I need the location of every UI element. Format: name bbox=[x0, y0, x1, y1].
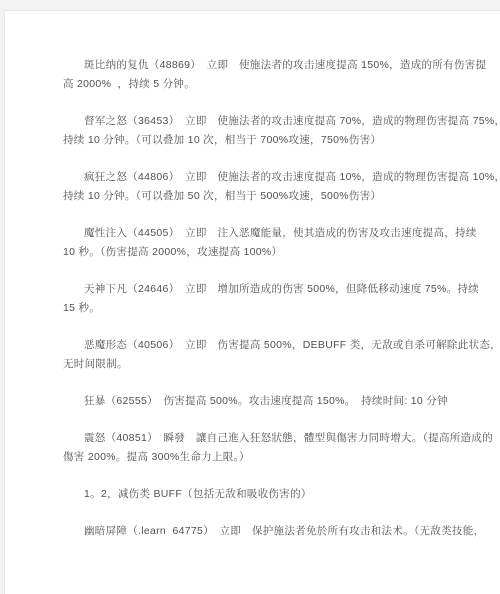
paragraph: 斑比纳的复仇（48869） 立即 使施法者的攻击速度提高 150%，造成的所有伤… bbox=[63, 56, 490, 94]
paragraph: 天神下凡（24646） 立即 增加所造成的伤害 500%，但降低移动速度 75%… bbox=[63, 280, 490, 318]
document-page: 斑比纳的复仇（48869） 立即 使施法者的攻击速度提高 150%，造成的所有伤… bbox=[4, 10, 500, 594]
paragraph: 督军之怒（36453） 立即 使施法者的攻击速度提高 70%，造成的物理伤害提高… bbox=[63, 112, 490, 150]
paragraph: 魔性注入（44505） 立即 注入恶魔能量，使其造成的伤害及攻击速度提高，持续1… bbox=[63, 224, 490, 262]
text-line: 持续 10 分钟。（可以叠加 50 次，相当于 500%攻速，500%伤害） bbox=[63, 187, 490, 206]
text-line: 魔性注入（44505） 立即 注入恶魔能量，使其造成的伤害及攻击速度提高，持续 bbox=[63, 224, 490, 243]
text-line: 无时间限制。 bbox=[63, 355, 490, 374]
paragraph: 狂暴（62555） 伤害提高 500%。攻击速度提高 150%。 持续时间: 1… bbox=[63, 392, 490, 411]
paragraph: 震怒（40851） 瞬發 讓自己進入狂怒狀態，體型與傷害力同時增大。（提高所造成… bbox=[63, 429, 490, 467]
text-line: 傷害 200%。提高 300%生命力上限。） bbox=[63, 448, 490, 467]
text-line: 幽暗屏障（.learn 64775） 立即 保护施法者免於所有攻击和法术。（无敌… bbox=[63, 522, 490, 541]
document-text: 斑比纳的复仇（48869） 立即 使施法者的攻击速度提高 150%，造成的所有伤… bbox=[5, 11, 500, 541]
text-line: 斑比纳的复仇（48869） 立即 使施法者的攻击速度提高 150%，造成的所有伤… bbox=[63, 56, 490, 75]
text-line: 1。2，减伤类 BUFF（包括无敌和吸收伤害的） bbox=[63, 485, 490, 504]
text-line: 高 2000% ，持续 5 分钟。 bbox=[63, 75, 490, 94]
document-viewer: 斑比纳的复仇（48869） 立即 使施法者的攻击速度提高 150%，造成的所有伤… bbox=[0, 0, 500, 594]
text-line: 10 秒。（伤害提高 2000%，攻速提高 100%） bbox=[63, 243, 490, 262]
paragraph: 疯狂之怒（44806） 立即 使施法者的攻击速度提高 10%，造成的物理伤害提高… bbox=[63, 168, 490, 206]
text-line: 震怒（40851） 瞬發 讓自己進入狂怒狀態，體型與傷害力同時增大。（提高所造成… bbox=[63, 429, 490, 448]
paragraph: 幽暗屏障（.learn 64775） 立即 保护施法者免於所有攻击和法术。（无敌… bbox=[63, 522, 490, 541]
text-line: 狂暴（62555） 伤害提高 500%。攻击速度提高 150%。 持续时间: 1… bbox=[63, 392, 490, 411]
text-line: 持续 10 分钟。（可以叠加 10 次，相当于 700%攻速，750%伤害） bbox=[63, 131, 490, 150]
text-line: 15 秒。 bbox=[63, 299, 490, 318]
text-line: 疯狂之怒（44806） 立即 使施法者的攻击速度提高 10%，造成的物理伤害提高… bbox=[63, 168, 490, 187]
text-line: 督军之怒（36453） 立即 使施法者的攻击速度提高 70%，造成的物理伤害提高… bbox=[63, 112, 490, 131]
paragraph: 恶魔形态（40506） 立即 伤害提高 500%，DEBUFF 类，无敌或自杀可… bbox=[63, 336, 490, 374]
text-line: 恶魔形态（40506） 立即 伤害提高 500%，DEBUFF 类，无敌或自杀可… bbox=[63, 336, 490, 355]
text-line: 天神下凡（24646） 立即 增加所造成的伤害 500%，但降低移动速度 75%… bbox=[63, 280, 490, 299]
paragraph: 1。2，减伤类 BUFF（包括无敌和吸收伤害的） bbox=[63, 485, 490, 504]
